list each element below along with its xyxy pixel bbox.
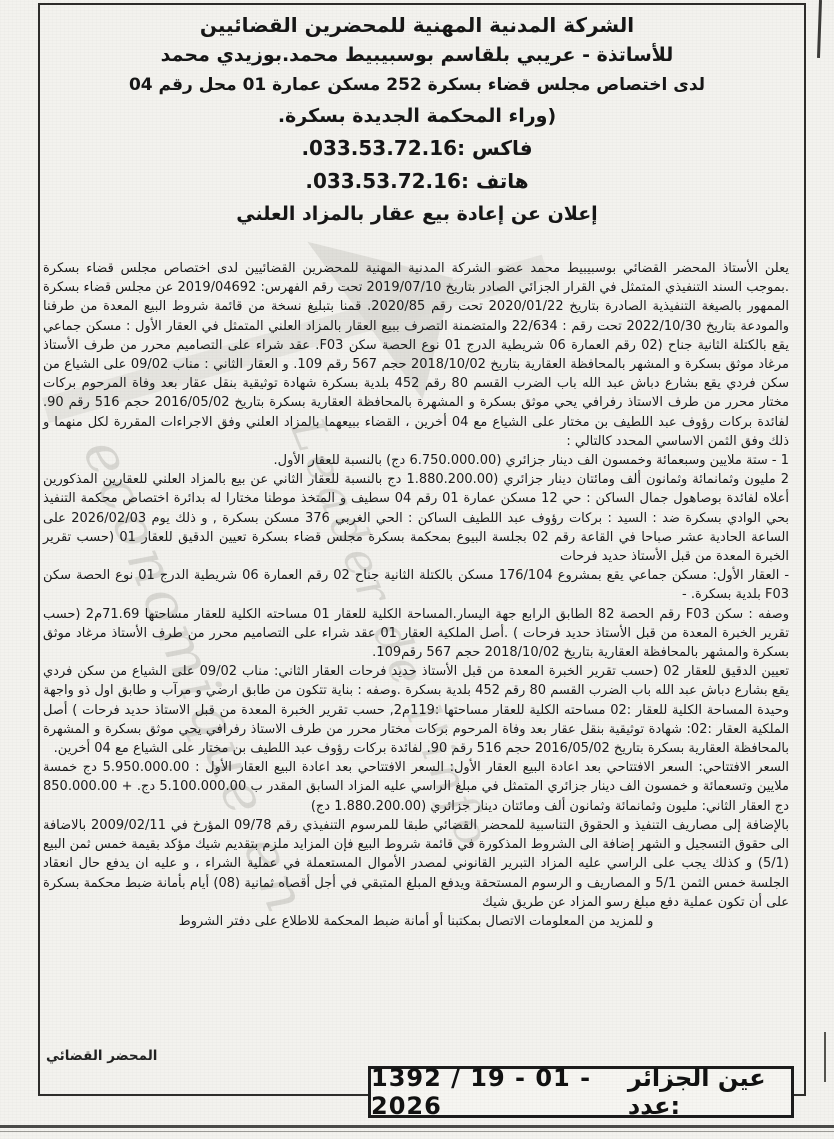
bailiffs-names-line: للأساتذة - عريبي بلقاسم بوسبيبيط محمد.بو…	[48, 40, 786, 70]
body-paragraph-property-2-description: تعيين الدقيق للعقار 02 (حسب تقرير الخبرة…	[43, 662, 789, 758]
body-paragraph-property-1-description: وصفه : سكن F03 رقم الحصة 82 الطابق الراب…	[43, 605, 789, 663]
newspaper-stamp-label: عين الجزائر عدد:	[628, 1064, 791, 1120]
body-paragraph-opening-price: السعر الافتتاحي: السعر الافتتاحي بعد اعا…	[43, 758, 789, 816]
scan-artifact-top-right-edge	[817, 0, 822, 58]
fax-number-line: فاكس :033.53.72.16.	[48, 132, 786, 165]
notice-title: إعلان عن إعادة بيع عقار بالمزاد العلني	[48, 198, 786, 231]
phone-number-line: هاتف :033.53.72.16.	[48, 165, 786, 198]
body-paragraph-announcement: يعلن الأستاذ المحضر القضائي بوسبيبيط محم…	[43, 259, 789, 451]
body-paragraph-conditions: بالإضافة إلى مصاريف التنفيذ و الحقوق الت…	[43, 816, 789, 912]
newspaper-stamp-box: عين الجزائر عدد: 1392 / 19 - 01 - 2026	[368, 1066, 794, 1118]
notice-header: الشركة المدنية المهنية للمحضرين القضائيي…	[48, 10, 786, 231]
scanned-legal-notice-page: Leader de l'info economique en الشركة ال…	[0, 0, 834, 1139]
notice-body: يعلن الأستاذ المحضر القضائي بوسبيبيط محم…	[43, 259, 789, 931]
scan-artifact-bottom-right-edge	[824, 1032, 826, 1082]
bottom-horizontal-rule	[0, 1125, 834, 1128]
bottom-horizontal-rule-thin	[0, 1131, 834, 1132]
body-paragraph-property-1: - العقار الأول: مسكن جماعي يقع بمشروع 17…	[43, 566, 789, 604]
bailiff-signature: المحضر القضائي	[46, 1048, 157, 1064]
jurisdiction-address-line: لدى اختصاص مجلس قضاء بسكرة 252 مسكن عمار…	[48, 70, 786, 100]
newspaper-stamp-number: 1392 / 19 - 01 - 2026	[371, 1064, 618, 1120]
location-detail-line: (وراء المحكمة الجديدة بسكرة.	[48, 100, 786, 132]
body-paragraph-contact-info: و للمزيد من المعلومات الاتصال بمكتبنا أو…	[43, 912, 789, 931]
body-paragraph-price-2-and-session: 2 مليون وثمانمائة وثمانون ألف ومائتان دي…	[43, 470, 789, 566]
company-name: الشركة المدنية المهنية للمحضرين القضائيي…	[48, 10, 786, 40]
body-paragraph-price-1: 1 - ستة ملايين وسبعمائة وخمسون الف دينار…	[43, 451, 789, 470]
